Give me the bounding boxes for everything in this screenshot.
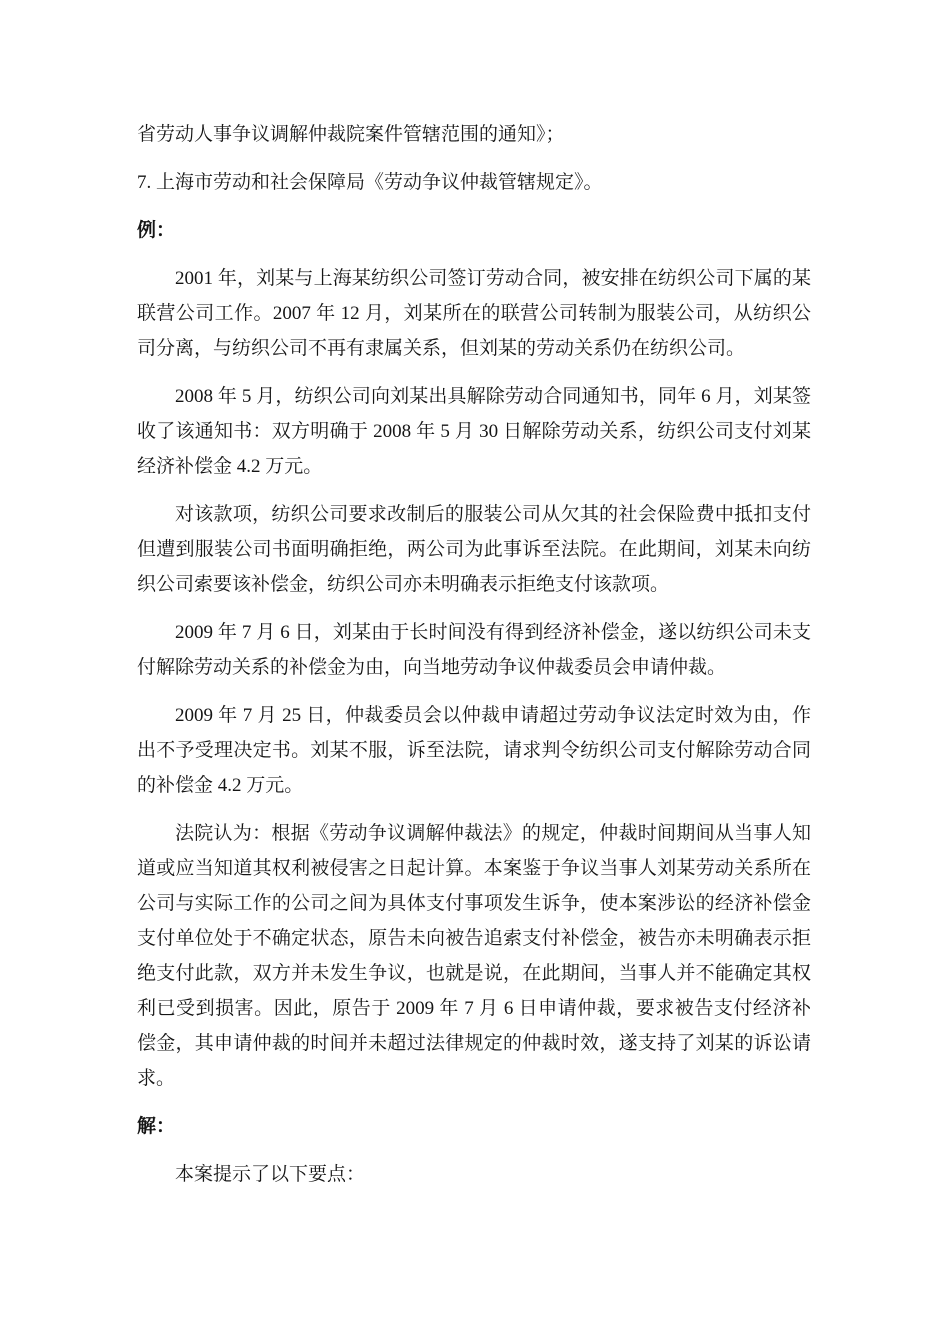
case-paragraph-3: 对该款项，纺织公司要求改制后的服装公司从欠其的社会保险费中抵扣支付但遭到服装公司… — [137, 497, 811, 602]
case-paragraph-5: 2009 年 7 月 25 日，仲裁委员会以仲裁申请超过劳动争议法定时效为由，作… — [137, 698, 811, 803]
case-paragraph-1: 2001 年，刘某与上海某纺织公司签订劳动合同，被安排在纺织公司下属的某联营公司… — [137, 261, 811, 366]
closing-paragraph: 本案提示了以下要点： — [137, 1157, 811, 1192]
list-item-continuation: 省劳动人事争议调解仲裁院案件管辖范围的通知》； — [137, 117, 811, 152]
document-page: 省劳动人事争议调解仲裁院案件管辖范围的通知》； 7. 上海市劳动和社会保障局《劳… — [0, 0, 950, 1344]
case-paragraph-2: 2008 年 5 月，纺织公司向刘某出具解除劳动合同通知书，同年 6 月，刘某签… — [137, 379, 811, 484]
case-paragraph-4: 2009 年 7 月 6 日，刘某由于长时间没有得到经济补偿金，遂以纺织公司未支… — [137, 615, 811, 685]
case-paragraph-6: 法院认为：根据《劳动争议调解仲裁法》的规定，仲裁时间期间从当事人知道或应当知道其… — [137, 816, 811, 1096]
heading-answer: 解： — [137, 1109, 811, 1144]
heading-example: 例： — [137, 213, 811, 248]
list-item-7: 7. 上海市劳动和社会保障局《劳动争议仲裁管辖规定》。 — [137, 165, 811, 200]
